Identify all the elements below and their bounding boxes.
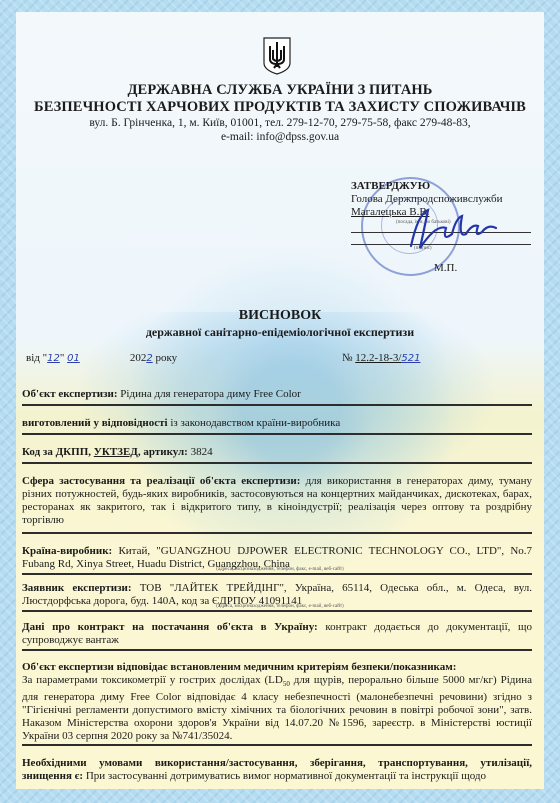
- divider: [22, 649, 532, 651]
- org-email: e-mail: info@dpss.gov.ua: [16, 130, 544, 144]
- object-value: Рідина для генератора диму Free Color: [120, 388, 301, 400]
- org-name-line1: ДЕРЖАВНА СЛУЖБА УКРАЇНИ З ПИТАНЬ: [16, 82, 544, 99]
- field-contract: Дані про контракт на постачання об'єкта …: [22, 621, 532, 647]
- org-address: вул. Б. Грінченка, 1, м. Київ, 01001, те…: [16, 116, 544, 130]
- country-label: Країна-виробник:: [22, 545, 112, 557]
- country-caption: (адреса, місцезнаходження, телефон, факс…: [16, 567, 544, 572]
- number-prefix: №: [342, 352, 353, 364]
- field-scope: Сфера застосування та реалізації об'єкта…: [22, 475, 532, 527]
- field-conditions: Необхідними умовами використання/застосу…: [22, 757, 532, 783]
- document-number: № 12.2-18-3/521: [342, 352, 451, 364]
- field-manufactured: виготовлений у відповідності із законода…: [22, 417, 532, 430]
- handwritten-signature: [406, 204, 506, 254]
- date-suffix: року: [155, 352, 177, 364]
- approval-title: ЗАТВЕРДЖУЮ: [351, 180, 541, 193]
- conditions-value: При застосуванні дотримуватись вимог нор…: [86, 770, 486, 782]
- object-label: Об'єкт експертизи:: [22, 388, 118, 400]
- document-title-block: ВИСНОВОК державної санітарно-епідеміолог…: [16, 307, 544, 340]
- date-year-digit: 2: [146, 353, 152, 364]
- date-month: 01: [67, 353, 127, 364]
- code-value: 3824: [191, 446, 213, 458]
- field-code: Код за ДКПП, УКТЗЕД, артикул: 3824: [22, 446, 532, 459]
- divider: [22, 744, 532, 746]
- field-criteria: Об'єкт експертизи відповідає встановлени…: [22, 661, 532, 743]
- number-printed: 12.2-18-3/: [355, 352, 401, 364]
- date-year-prefix: 202: [130, 352, 147, 364]
- document-title: ВИСНОВОК: [16, 307, 544, 324]
- divider: [22, 573, 532, 575]
- number-handwritten: 521: [401, 353, 451, 364]
- applicant-label: Заявник експертизи:: [22, 582, 132, 594]
- scope-label: Сфера застосування та реалізації об'єкта…: [22, 475, 300, 487]
- divider: [22, 433, 532, 435]
- manufactured-value: із законодавством країни-виробника: [170, 417, 340, 429]
- document-subtitle: державної санітарно-епідеміологічної екс…: [16, 324, 544, 340]
- issuing-authority: ДЕРЖАВНА СЛУЖБА УКРАЇНИ З ПИТАНЬ БЕЗПЕЧН…: [16, 82, 544, 144]
- field-object: Об'єкт експертизи: Рідина для генератора…: [22, 388, 532, 401]
- contract-label: Дані про контракт на постачання об'єкта …: [22, 621, 318, 633]
- date-day: 12: [47, 353, 60, 364]
- date-prefix: від: [26, 352, 40, 364]
- manufactured-label: виготовлений у відповідності: [22, 417, 168, 429]
- seal-label: М.П.: [434, 262, 457, 274]
- divider: [22, 532, 532, 534]
- criteria-label: Об'єкт експертизи відповідає встановлени…: [22, 661, 456, 673]
- code-label: Код за ДКПП, УКТЗЕД, артикул:: [22, 446, 188, 458]
- divider: [22, 610, 532, 612]
- divider: [22, 404, 532, 406]
- divider: [22, 462, 532, 464]
- org-name-line2: БЕЗПЕЧНОСТІ ХАРЧОВИХ ПРОДУКТІВ ТА ЗАХИСТ…: [16, 99, 544, 116]
- issue-date: від "12" 01 2022 року: [26, 352, 177, 364]
- certificate-sheet: ДЕРЖАВНА СЛУЖБА УКРАЇНИ З ПИТАНЬ БЕЗПЕЧН…: [16, 12, 544, 789]
- criteria-value: За параметрами токсикометрії у гострих д…: [22, 674, 532, 742]
- trident-coat-of-arms-icon: [262, 37, 292, 75]
- applicant-caption: (адреса, місцезнаходження, телефон, факс…: [16, 604, 544, 609]
